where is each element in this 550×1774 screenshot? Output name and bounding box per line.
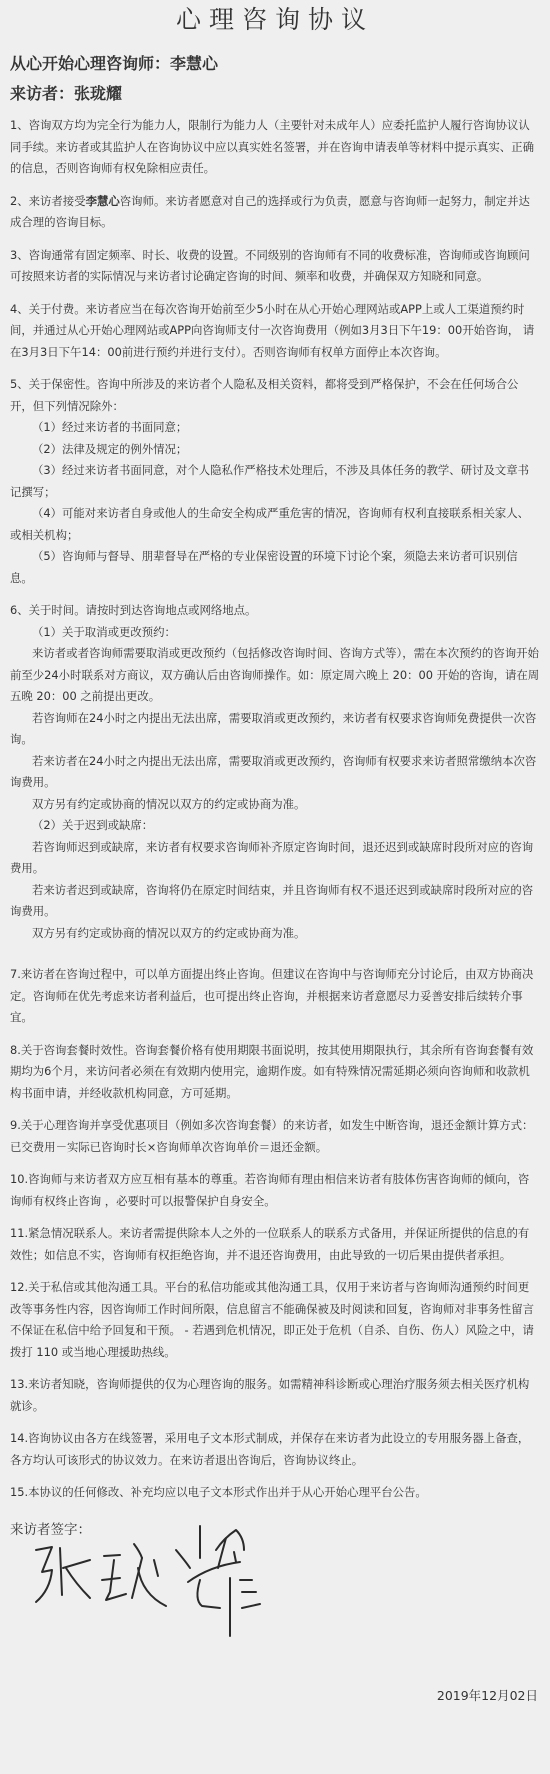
- clause-6-sub1-text: 若咨询师在24小时之内提出无法出席，需要取消或更改预约，来访者有权要求咨询师免费…: [10, 708, 540, 751]
- visitor-line: 来访者：张珑耀: [10, 79, 540, 109]
- clause-6-sub2-text: 若咨询师迟到或缺席，来访者有权要求咨询师补齐原定咨询时间，退还迟到或缺席时段所对…: [10, 837, 540, 880]
- clause-6-sub1-title: （1）关于取消或更改预约：: [10, 622, 540, 644]
- clause-2-pre: 2、来访者接受: [10, 194, 86, 208]
- clause-5-item: （5）咨询师与督导、朋辈督导在严格的专业保密设置的环境下讨论个案，须隐去来访者可…: [10, 546, 540, 589]
- clause-13: 13.来访者知晓，咨询师提供的仅为心理咨询的服务。如需精神科诊断或心理治疗服务须…: [10, 1374, 540, 1417]
- clause-6-sub2-text: 双方另有约定或协商的情况以双方的约定或协商为准。: [10, 923, 540, 945]
- clause-6-sub1-text: 双方另有约定或协商的情况以双方的约定或协商为准。: [10, 794, 540, 816]
- agreement-page: 心理咨询协议 从心开始心理咨询师：李慧心 来访者：张珑耀 1、咨询双方均为完全行…: [0, 0, 550, 1542]
- counselor-name: 李慧心: [86, 194, 120, 208]
- clause-4: 4、关于付费。来访者应当在每次咨询开始前至少5小时在从心开始心理网站或APP上或…: [10, 299, 540, 364]
- handwritten-signature: [30, 1520, 290, 1640]
- clause-6-sub2-text: 若来访者迟到或缺席，咨询将仍在原定时间结束，并且咨询师有权不退还迟到或缺席时段所…: [10, 880, 540, 923]
- clause-7: 7.来访者在咨询过程中，可以单方面提出终止咨询。但建议在咨询中与咨询师充分讨论后…: [10, 964, 540, 1029]
- clause-11: 11.紧急情况联系人。来访者需提供除本人之外的一位联系人的联系方式备用，并保证所…: [10, 1223, 540, 1266]
- page-title: 心理咨询协议: [10, 0, 540, 45]
- clause-6-sub1-text: 若来访者在24小时之内提出无法出席，需要取消或更改预约，咨询师有权要求来访者照常…: [10, 751, 540, 794]
- clause-5-item: （2）法律及规定的例外情况；: [10, 439, 540, 461]
- clause-5: 5、关于保密性。咨询中所涉及的来访者个人隐私及相关资料，都将受到严格保护，不会在…: [10, 374, 540, 417]
- clause-2: 2、来访者接受李慧心咨询师。来访者愿意对自己的选择或行为负责，愿意与咨询师一起努…: [10, 191, 540, 234]
- clause-6-sub2-title: （2）关于迟到或缺席：: [10, 815, 540, 837]
- clause-6: 6、关于时间。请按时到达咨询地点或网络地点。: [10, 600, 540, 622]
- clause-15: 15.本协议的任何修改、补充均应以电子文本形式作出并于从心开始心理平台公告。: [10, 1482, 540, 1504]
- clause-1: 1、咨询双方均为完全行为能力人，限制行为能力人（主要针对未成年人）应委托监护人履…: [10, 115, 540, 180]
- clause-3: 3、咨询通常有固定频率、时长、收费的设置。不同级别的咨询师有不同的收费标准，咨询…: [10, 245, 540, 288]
- clause-10: 10.咨询师与来访者双方应互相有基本的尊重。若咨询师有理由相信来访者有肢体伤害咨…: [10, 1169, 540, 1212]
- clause-6-sub1-text: 来访者或者咨询师需要取消或更改预约（包括修改咨询时间、咨询方式等），需在本次预约…: [10, 643, 540, 708]
- clause-5-item: （1）经过来访者的书面同意；: [10, 417, 540, 439]
- clause-5-item: （3）经过来访者书面同意，对个人隐私作严格技术处理后，不涉及具体任务的教学、研讨…: [10, 460, 540, 503]
- clause-5-item: （4）可能对来访者自身或他人的生命安全构成严重危害的情况，咨询师有权利直接联系相…: [10, 503, 540, 546]
- signing-date: 2019年12月02日: [437, 1686, 538, 1704]
- clause-14: 14.咨询协议由各方在线签署，采用电子文本形式制成，并保存在来访者为此设立的专用…: [10, 1428, 540, 1471]
- clause-12: 12.关于私信或其他沟通工具。平台的私信功能或其他沟通工具，仅用于来访者与咨询师…: [10, 1277, 540, 1363]
- clause-8: 8.关于咨询套餐时效性。咨询套餐价格有使用期限书面说明，按其使用期限执行，其余所…: [10, 1040, 540, 1105]
- clause-9: 9.关于心理咨询并享受优惠项目（例如多次咨询套餐）的来访者，如发生中断咨询，退还…: [10, 1115, 540, 1158]
- counselor-line: 从心开始心理咨询师：李慧心: [10, 49, 540, 79]
